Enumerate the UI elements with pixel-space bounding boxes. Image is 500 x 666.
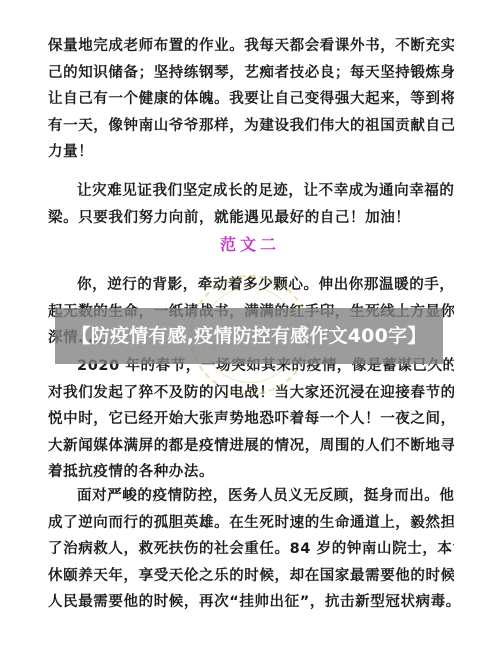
text-line: 让灾难见证我们坚定成长的足迹，让不幸成为通向幸福的桥 — [48, 178, 454, 205]
text-line: 梁。只要我们努力向前，就能遇见最好的自己！加油！ — [48, 205, 454, 232]
paragraph-5: 面对严峻的疫情防控，医务人员义无反顾，挺身而出。他们 成了逆向而行的孤胆英雄。在… — [48, 483, 454, 616]
text-line: 大新闻媒体满屏的都是疫情进展的情况，周围的人们不断地寻找 — [48, 433, 454, 460]
banner-title: 【防疫情有感,疫情防控有感作文400字】 — [72, 324, 427, 348]
text-line: 成了逆向而行的孤胆英雄。在生死时速的生命通道上，毅然担起 — [48, 510, 454, 537]
text-line: 有一天，像钟南山爷爷那样，为建设我们伟大的祖国贡献自己的 — [48, 113, 454, 140]
text-line: 己的知识储备；坚持练钢琴，艺痴者技必良；每天坚持锻炼身体， — [48, 60, 454, 87]
paragraph-1: 保量地完成老师布置的作业。我每天都会看课外书，不断充实自 己的知识储备；坚持练钢… — [48, 33, 454, 166]
paragraph-2: 让灾难见证我们坚定成长的足迹，让不幸成为通向幸福的桥 梁。只要我们努力向前，就能… — [48, 178, 454, 231]
text-line: 悦中时，它已经开始大张声势地恐吓着每一个人！一夜之间，各 — [48, 406, 454, 433]
text-line: 保量地完成老师布置的作业。我每天都会看课外书，不断充实自 — [48, 33, 454, 60]
text-line: 着抵抗疫情的各种办法。 — [48, 459, 454, 486]
text-line: 休颐养天年，享受天伦之乐的时候，却在国家最需要他的时候， — [48, 563, 454, 590]
document-page: 保量地完成老师布置的作业。我每天都会看课外书，不断充实自 己的知识储备；坚持练钢… — [0, 0, 500, 666]
text-line: 面对严峻的疫情防控，医务人员义无反顾，挺身而出。他们 — [48, 483, 454, 510]
text-line: 对我们发起了猝不及防的闪电战！当大家还沉浸在迎接春节的喜 — [48, 380, 454, 407]
text-line: 人民最需要他的时候，再次“挂帅出征”，抗击新型冠状病毒。 — [48, 589, 454, 616]
text-line: 了治病救人，救死扶伤的社会重任。84 岁的钟南山院士，本该退 — [48, 536, 454, 563]
title-overlay-banner: 【防疫情有感,疫情防控有感作文400字】 — [55, 308, 443, 364]
section-heading: 范文二 — [0, 232, 500, 255]
text-line: 你，逆行的背影，牵动着多少颗心。伸出你那温暖的手，托 — [48, 272, 454, 299]
paragraph-4: 2020 年的春节，一场突如其来的疫情，像是蓄谋已久的战争， 对我们发起了猝不及… — [48, 353, 454, 486]
text-line: 力量！ — [48, 139, 454, 166]
text-line: 让自己有一个健康的体魄。我要让自己变得强大起来，等到将来 — [48, 86, 454, 113]
